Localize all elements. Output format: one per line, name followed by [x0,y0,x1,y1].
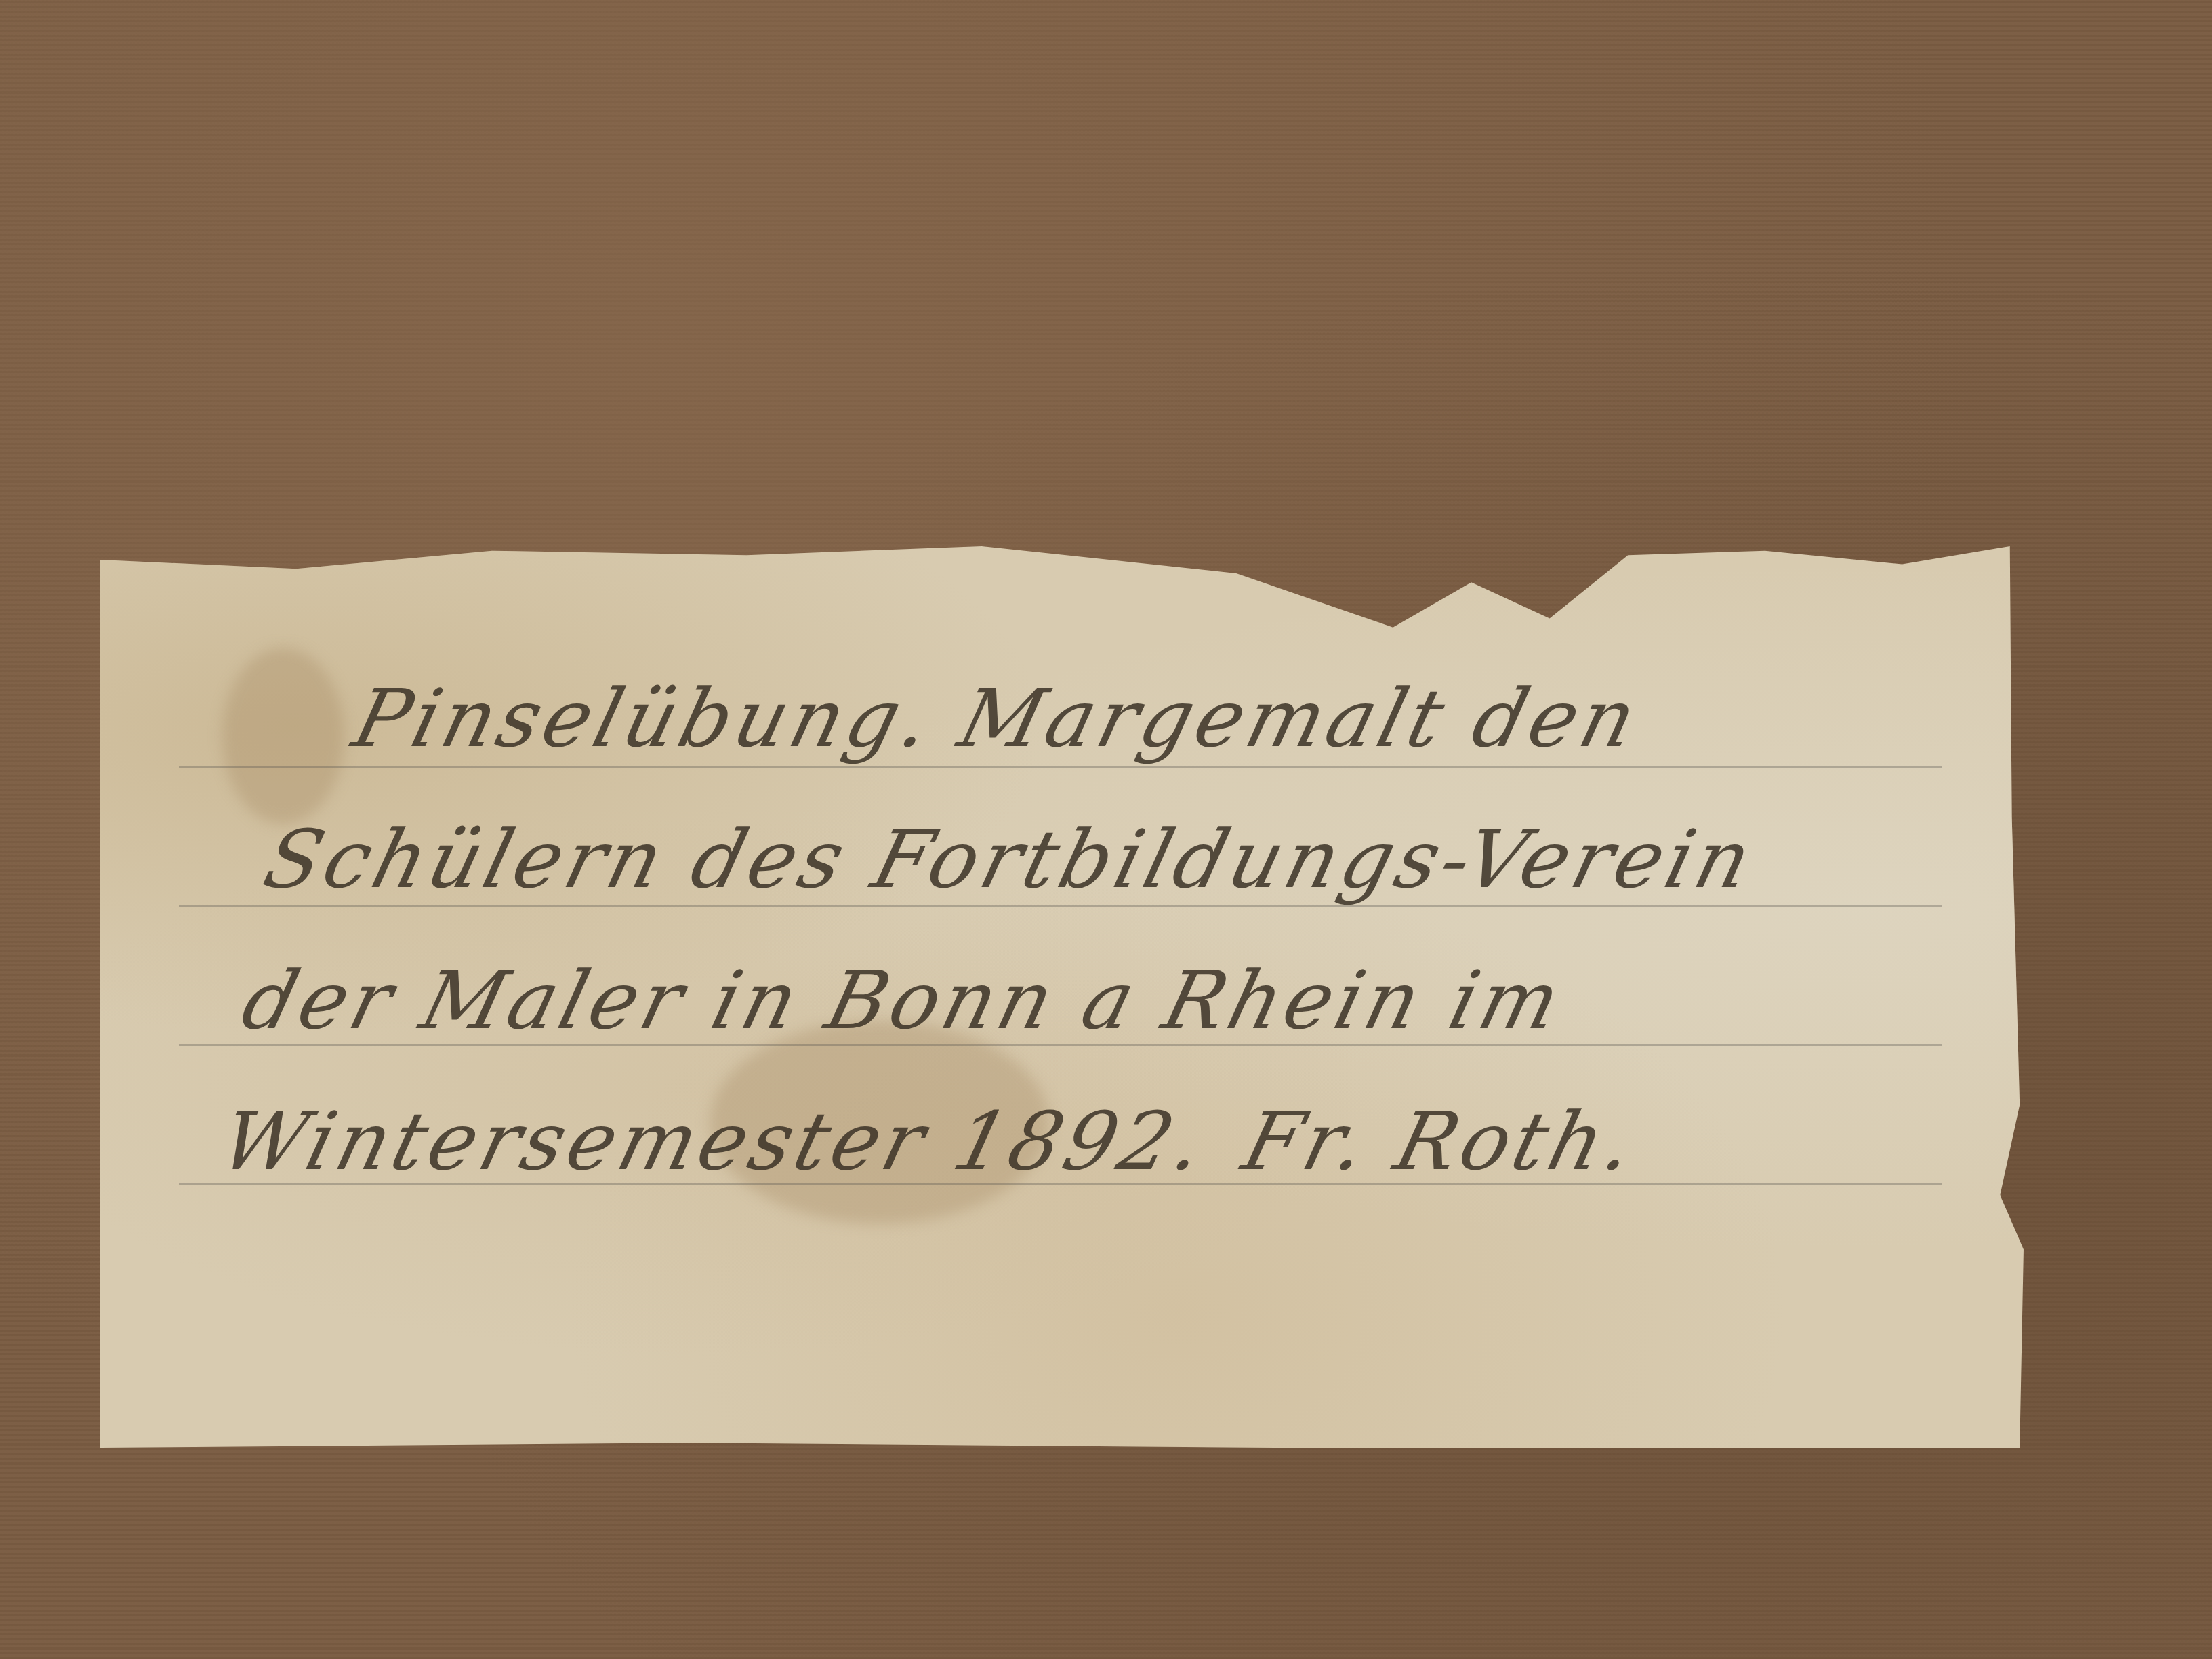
text-line-3: der Maler in Bonn a Rhein im [228,930,1889,1071]
text-line-4-body: Wintersemester 1892. [212,1094,1217,1188]
text-line-2: Schülern des Fortbildungs-Verein [249,789,1925,930]
handwritten-text: Pinselübung. Margemalt den Schülern des … [233,648,1959,1212]
signature: Fr. Roth. [1234,1094,1647,1188]
handwritten-paper-label: Pinselübung. Margemalt den Schülern des … [100,546,2059,1448]
text-line-1: Pinselübung. Margemalt den [339,648,1960,789]
text-line-4: Wintersemester 1892.Fr. Roth. [206,1071,1854,1212]
